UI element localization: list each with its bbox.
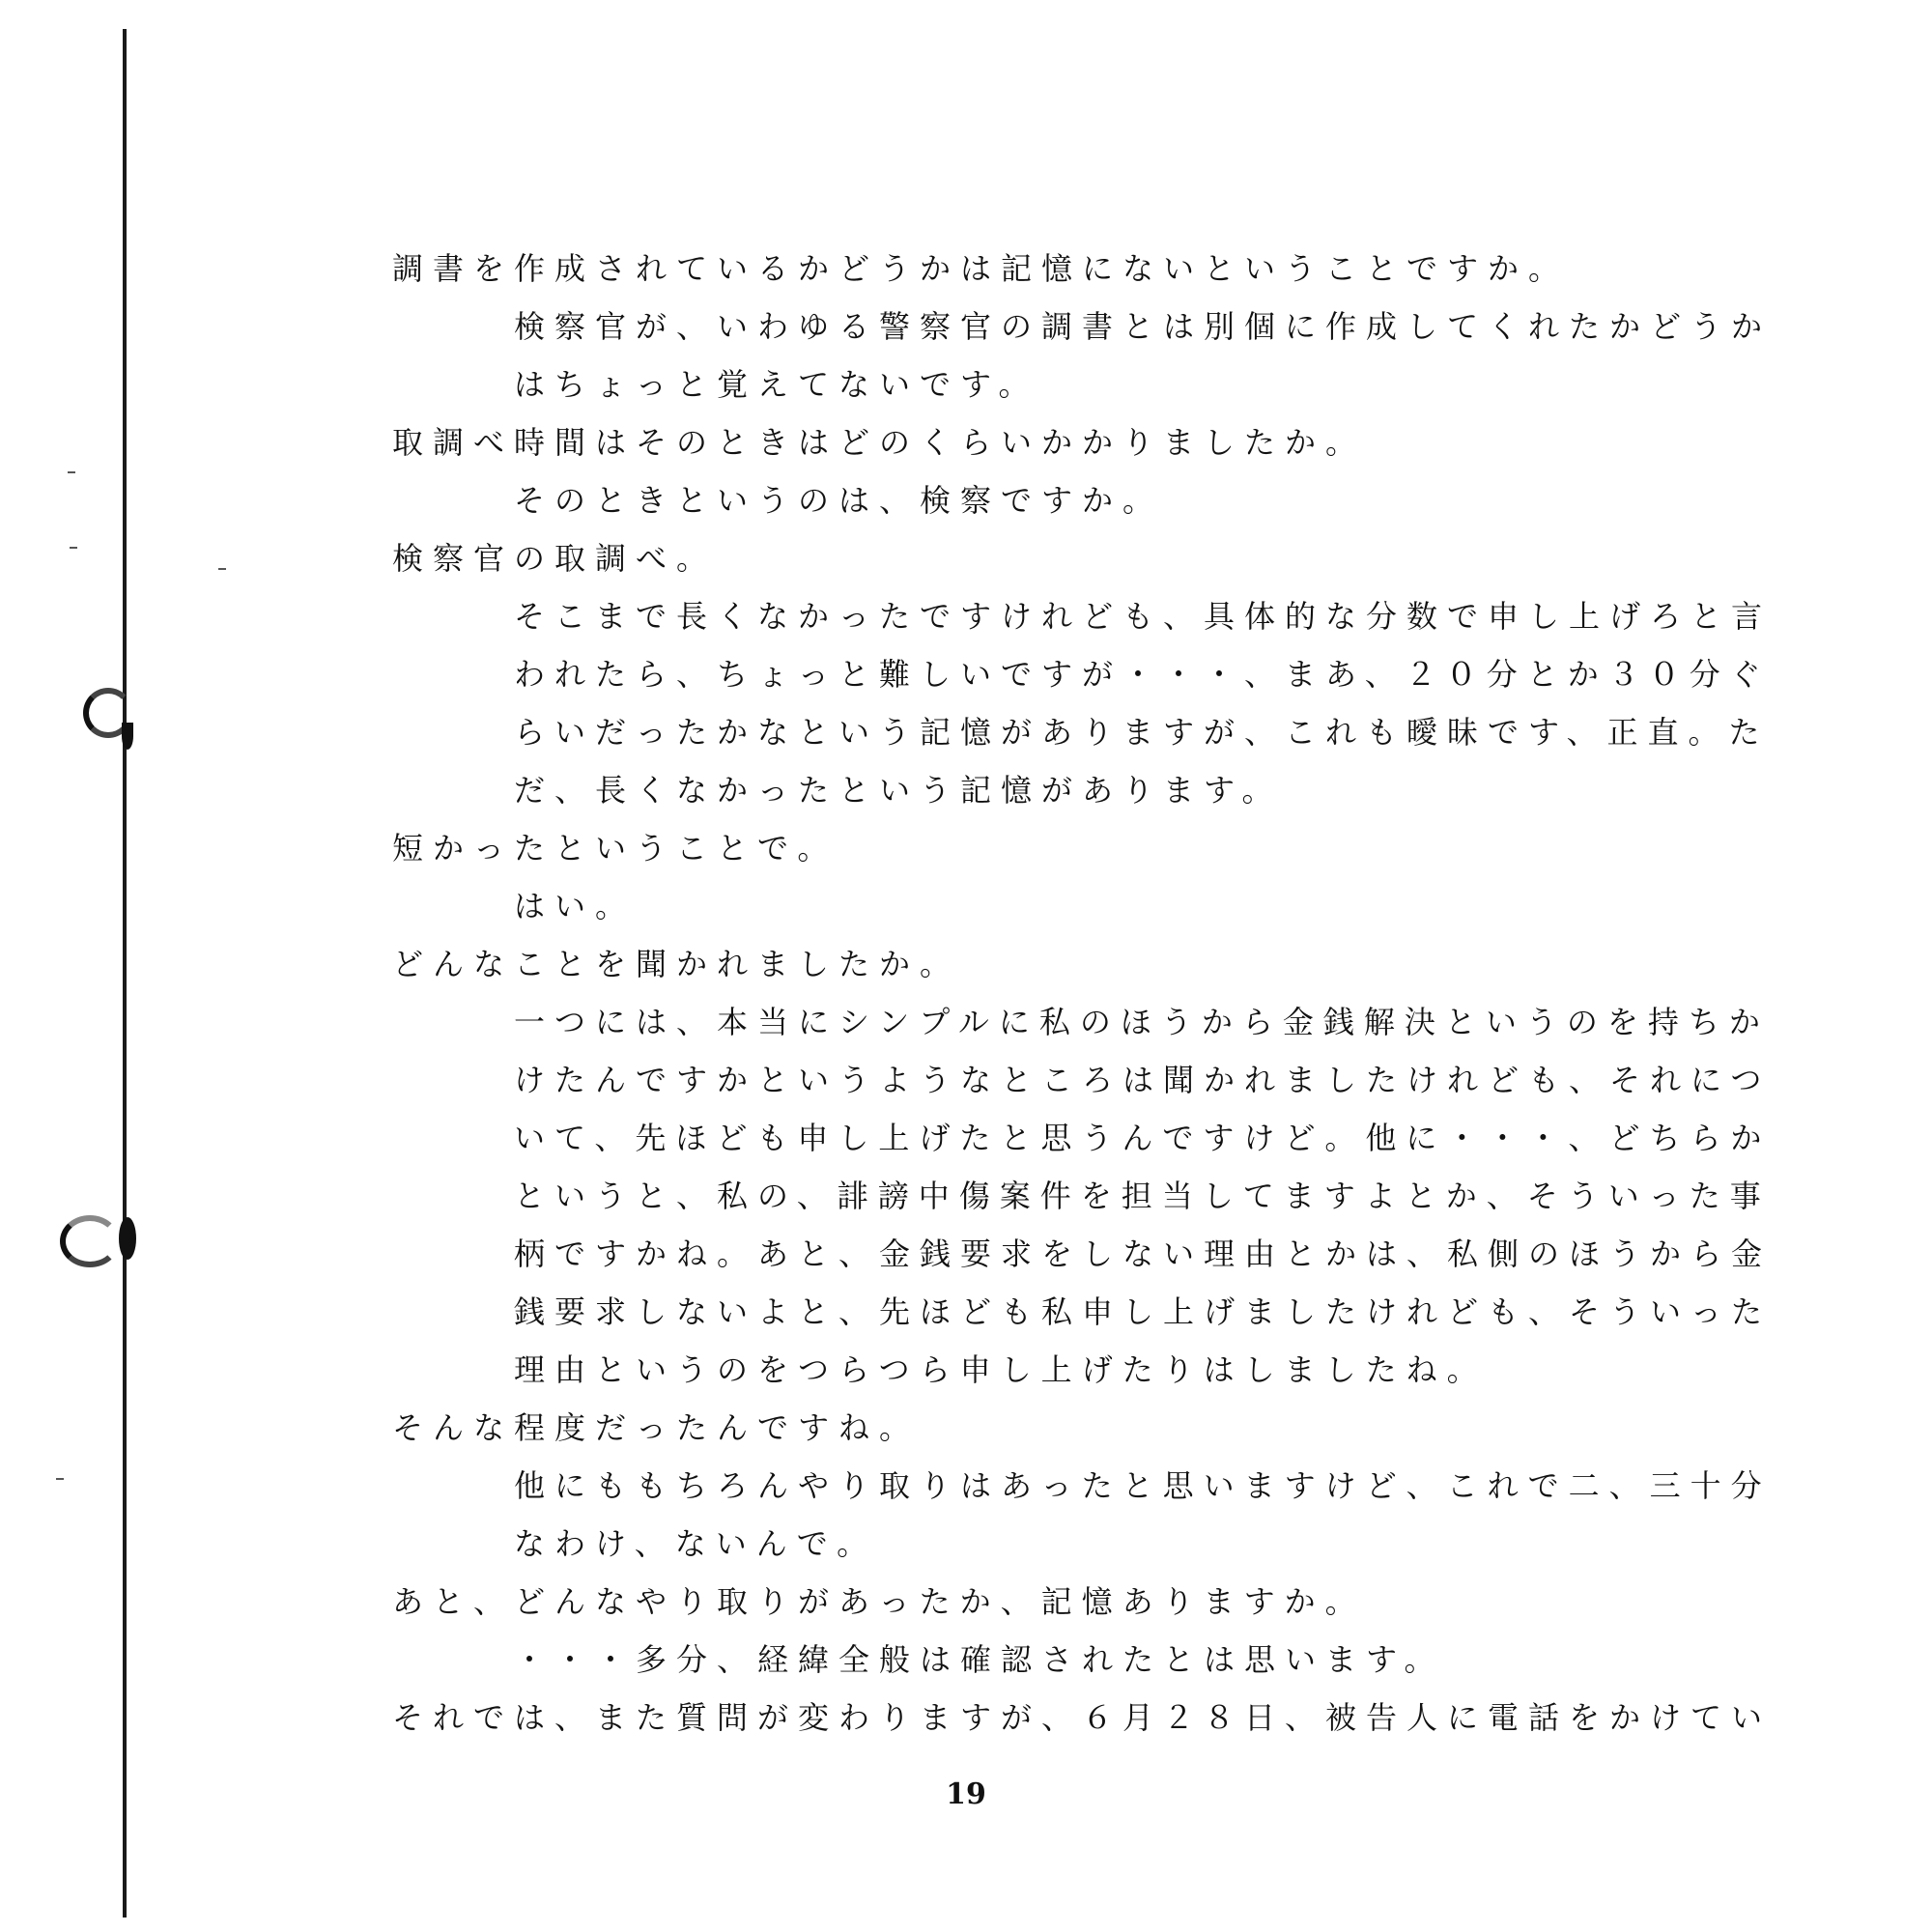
margin-tick: [218, 568, 226, 570]
margin-tick: [56, 1478, 64, 1480]
answer-line: 一つには、本当にシンプルに私のほうから金銭解決というのを持ちか: [392, 993, 1764, 1051]
question-line: 検察官の取調べ。: [392, 529, 1764, 587]
answer-line: らいだったかなという記憶がありますが、これも曖昧です、正直。た: [392, 703, 1764, 761]
answer-line: なわけ、ないんで。: [392, 1515, 1764, 1573]
answer-line: ・・・多分、経緯全般は確認されたとは思います。: [392, 1631, 1764, 1689]
binding-line: [123, 29, 127, 1918]
answer-line: 銭要求しないよと、先ほども私申し上げましたけれども、そういった: [392, 1283, 1764, 1341]
answer-line: 理由というのをつらつら申し上げたりはしましたね。: [392, 1341, 1764, 1399]
answer-line: われたら、ちょっと難しいですが・・・、まあ、２０分とか３０分ぐ: [392, 645, 1764, 703]
page-number: 19: [0, 1777, 1932, 1811]
transcript-body: 調書を作成されているかどうかは記憶にないということですか。 検察官が、いわゆる警…: [392, 240, 1764, 1747]
question-line: そんな程度だったんですね。: [392, 1399, 1764, 1457]
answer-line: 検察官が、いわゆる警察官の調書とは別個に作成してくれたかどうか: [392, 298, 1764, 355]
question-line: 取調べ時間はそのときはどのくらいかかりましたか。: [392, 413, 1764, 471]
answer-line: はちょっと覚えてないです。: [392, 355, 1764, 413]
answer-line: 柄ですかね。あと、金銭要求をしない理由とかは、私側のほうから金: [392, 1225, 1764, 1283]
question-line: どんなことを聞かれましたか。: [392, 935, 1764, 993]
answer-line: そのときというのは、検察ですか。: [392, 471, 1764, 529]
answer-line: そこまで長くなかったですけれども、具体的な分数で申し上げろと言: [392, 587, 1764, 645]
question-line: それでは、また質問が変わりますが、６月２８日、被告人に電話をかけてい: [392, 1689, 1764, 1747]
binding-mark-lower: [119, 1217, 136, 1260]
punch-hole-lower: [60, 1215, 120, 1267]
answer-line: けたんですかというようなところは聞かれましたけれども、それにつ: [392, 1051, 1764, 1109]
binding-mark-upper: [122, 723, 133, 750]
answer-line: いて、先ほども申し上げたと思うんですけど。他に・・・、どちらか: [392, 1109, 1764, 1167]
question-line: 短かったということで。: [392, 819, 1764, 877]
question-line: あと、どんなやり取りがあったか、記憶ありますか。: [392, 1573, 1764, 1631]
answer-line: だ、長くなかったという記憶があります。: [392, 761, 1764, 819]
question-line: 調書を作成されているかどうかは記憶にないということですか。: [392, 240, 1764, 298]
answer-line: というと、私の、誹謗中傷案件を担当してますよとか、そういった事: [392, 1167, 1764, 1225]
answer-line: 他にももちろんやり取りはあったと思いますけど、これで二、三十分: [392, 1457, 1764, 1515]
margin-tick: [68, 471, 75, 473]
answer-line: はい。: [392, 877, 1764, 935]
margin-tick: [70, 547, 77, 549]
